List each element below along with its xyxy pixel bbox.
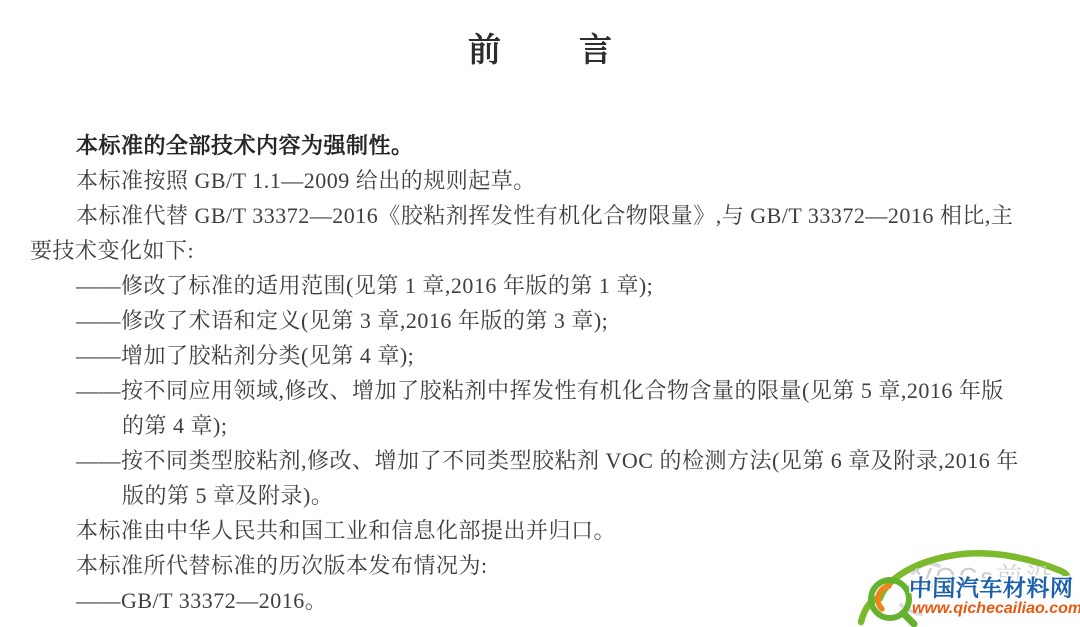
- paragraph-replaces-line1: 本标准代替 GB/T 33372—2016《胶粘剂挥发性有机化合物限量》,与 G…: [30, 198, 1040, 233]
- site-watermark: VOCs前沿 中国汽车材料网 www.qichecailiao.com: [855, 525, 1080, 627]
- change-item-methods-line2: 版的第 5 章及附录)。: [30, 478, 1040, 513]
- change-item-scope: ——修改了标准的适用范围(见第 1 章,2016 年版的第 1 章);: [30, 268, 1040, 303]
- paragraph-drafting-rule: 本标准按照 GB/T 1.1—2009 给出的规则起草。: [30, 163, 1040, 198]
- page-title: 前言: [0, 24, 1080, 71]
- change-item-limits-line2: 的第 4 章);: [30, 408, 1040, 443]
- paragraph-compulsory-statement: 本标准的全部技术内容为强制性。: [30, 128, 1040, 163]
- change-item-limits-line1: ——按不同应用领域,修改、增加了胶粘剂中挥发性有机化合物含量的限量(见第 5 章…: [30, 373, 1040, 408]
- change-item-methods-line1: ——按不同类型胶粘剂,修改、增加了不同类型胶粘剂 VOC 的检测方法(见第 6 …: [30, 443, 1040, 478]
- change-item-classification: ——增加了胶粘剂分类(见第 4 章);: [30, 338, 1040, 373]
- site-name-text: 中国汽车材料网: [908, 570, 1074, 603]
- document-page: 前言 本标准的全部技术内容为强制性。 本标准按照 GB/T 1.1—2009 给…: [0, 0, 1080, 627]
- paragraph-replaces-line2: 要技术变化如下:: [30, 233, 1040, 268]
- site-url-text: www.qichecailiao.com: [912, 600, 1080, 618]
- change-item-terms: ——修改了术语和定义(见第 3 章,2016 年版的第 3 章);: [30, 303, 1040, 338]
